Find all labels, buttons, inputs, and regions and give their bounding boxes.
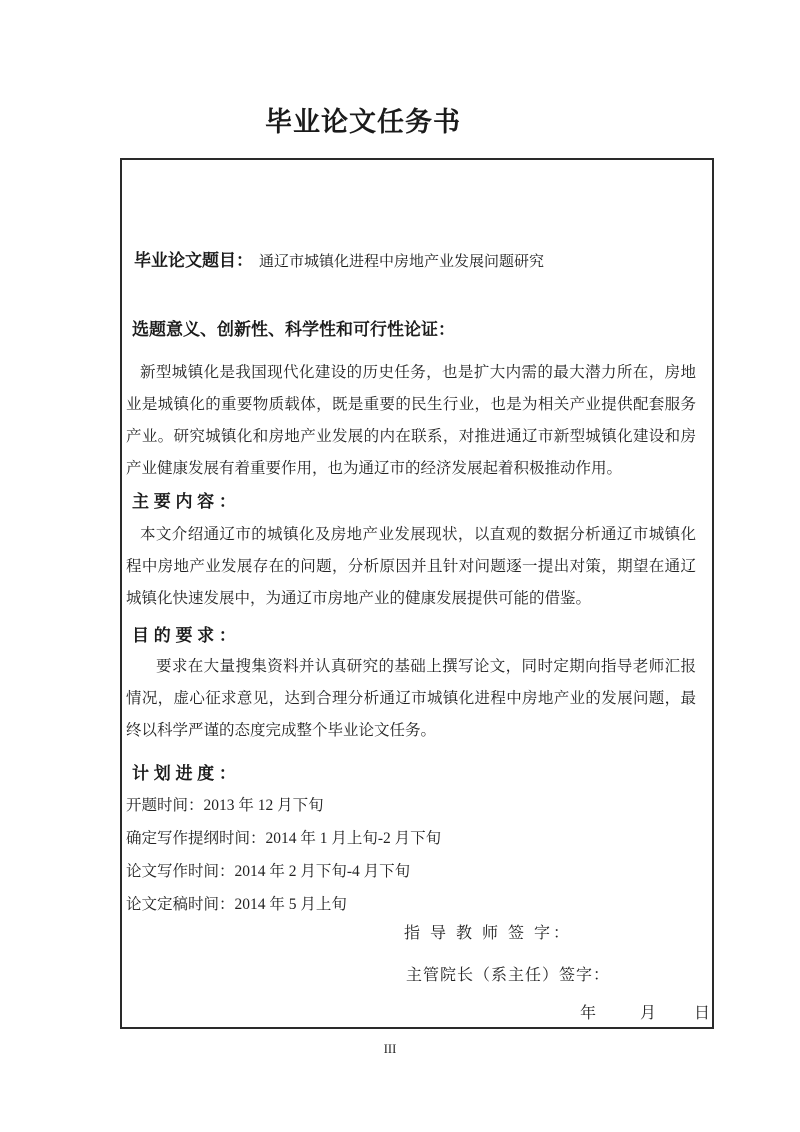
section-heading-main-content: 主 要 内 容 ： bbox=[126, 489, 696, 515]
thesis-topic-label: 毕业论文题目： bbox=[134, 251, 253, 270]
thesis-topic-value: 通辽市城镇化进程中房地产业发展问题研究 bbox=[259, 254, 544, 270]
thesis-topic-row: 毕业论文题目：通辽市城镇化进程中房地产业发展问题研究 bbox=[126, 248, 696, 275]
date-day-label: 日 bbox=[694, 1005, 710, 1022]
schedule-list: 开题时间：2013 年 12 月下旬 确定写作提纲时间：2014 年 1 月上旬… bbox=[126, 789, 696, 921]
schedule-item-writing: 论文写作时间：2014 年 2 月下旬-4 月下旬 bbox=[126, 855, 696, 888]
schedule-item-outline: 确定写作提纲时间：2014 年 1 月上旬-2 月下旬 bbox=[126, 822, 696, 855]
page-number: III bbox=[0, 1042, 780, 1057]
schedule-item-proposal: 开题时间：2013 年 12 月下旬 bbox=[126, 789, 696, 822]
section-heading-rationale: 选题意义、创新性、科学性和可行性论证： bbox=[126, 317, 696, 343]
section-heading-purpose: 目 的 要 求 ： bbox=[126, 623, 696, 649]
main-content-text: 本文介绍通辽市的城镇化及房地产业发展现状，以直观的数据分析通辽市城镇化程中房地产… bbox=[126, 519, 696, 615]
task-form-box: 毕业论文题目：通辽市城镇化进程中房地产业发展问题研究 选题意义、创新性、科学性和… bbox=[120, 158, 714, 1029]
rationale-text: 新型城镇化是我国现代化建设的历史任务，也是扩大内需的最大潜力所在，房地业是城镇化… bbox=[126, 357, 696, 485]
page-title: 毕业论文任务书 bbox=[0, 100, 726, 139]
advisor-signature-label: 指 导 教 师 签 字： bbox=[404, 921, 696, 947]
date-year-label: 年 bbox=[580, 1005, 596, 1022]
signature-date-line: 年月日 bbox=[580, 1001, 696, 1027]
purpose-text: 要求在大量搜集资料并认真研究的基础上撰写论文，同时定期向指导老师汇报情况，虚心征… bbox=[126, 651, 696, 747]
section-heading-schedule: 计 划 进 度 ： bbox=[126, 761, 696, 787]
date-month-label: 月 bbox=[640, 1005, 656, 1022]
dean-signature-label: 主管院长（系主任）签字： bbox=[406, 963, 696, 989]
schedule-item-final-draft: 论文定稿时间：2014 年 5 月上旬 bbox=[126, 888, 696, 921]
document-page: 毕业论文任务书 毕业论文题目：通辽市城镇化进程中房地产业发展问题研究 选题意义、… bbox=[0, 0, 800, 1132]
